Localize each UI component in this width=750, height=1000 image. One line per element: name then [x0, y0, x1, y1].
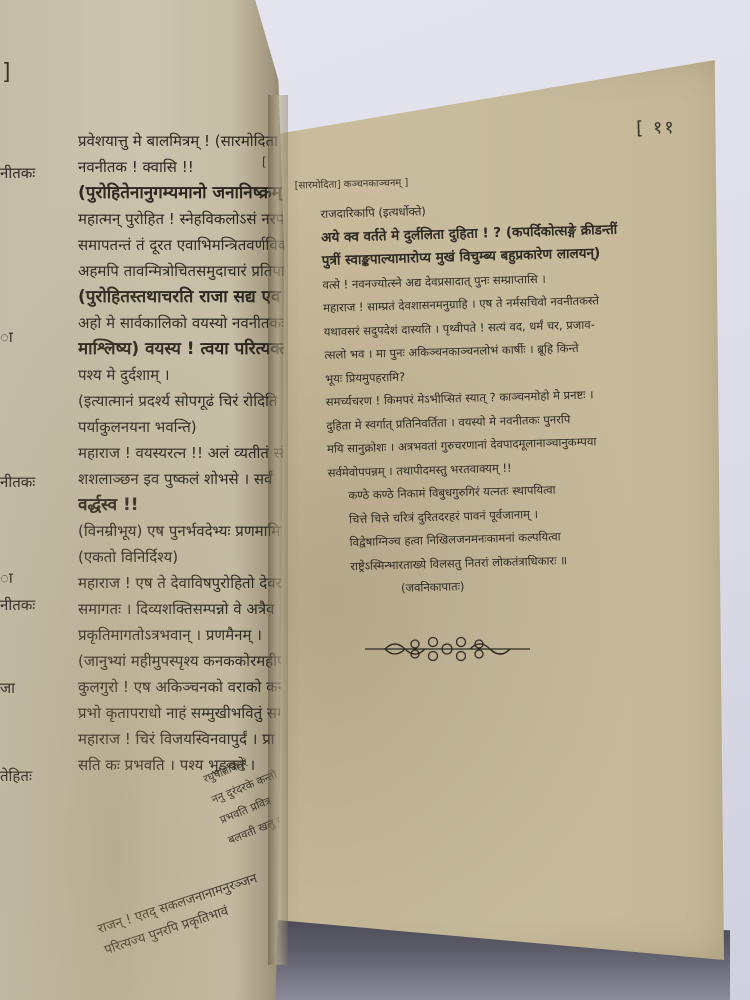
text-line: वर्द्धस्व !! [78, 492, 288, 518]
speaker-name: ा [0, 568, 13, 588]
text-line: कुलगुरो ! एष अकिञ्चनको वराको कनक [78, 674, 288, 700]
text-line: अहमपि तावन्मित्रोचितसमुदाचारं प्रतिपाद्य [78, 258, 288, 284]
text-line: (पुरोहितस्तथाचरति राजा सद्य एव प्रक्षिप्… [78, 284, 288, 310]
speaker-name: नीतकः [0, 595, 35, 615]
text-line: महाराज ! वयस्यरत्न !! अलं व्यतीतं संस्मृ… [78, 440, 288, 466]
text-line: नवनीतक ! क्वासि !! [78, 154, 288, 180]
text-line: प्रवेशयात्तु मे बालमित्रम् ! (सारमोदिता [78, 128, 288, 154]
left-bracket: ] [2, 60, 11, 85]
left-page: ] नीतकःानीतकःानीतकःजातेहितः प्रवेशयात्तु… [0, 0, 290, 1000]
text-line: सति कः प्रभवति । पश्य भुङ्क्ते । [78, 752, 288, 778]
speaker-name: तेहितः [0, 766, 32, 786]
book-gutter [268, 95, 288, 965]
text-line: पर्याकुलनयना भवन्ति) [78, 414, 288, 440]
text-line: (विनम्रीभूय) एष पुनर्भवदेभ्यः प्रणमामि । [78, 518, 288, 544]
text-line: समापतन्तं तं दूरत एवाभिमन्त्रितवर्णविकलं [78, 232, 288, 258]
text-line: महाराज ! चिरं विजयस्विनवापुर्दं । प्रा [78, 726, 288, 752]
text-line: महाराज ! एष ते देवाविषपुरोहितो देवरा [78, 570, 288, 596]
speaker-name: नीतकः [0, 472, 35, 492]
speaker-name: नीतकः [0, 163, 35, 183]
text-line: राजन् ! एतद् सकलजनानामनुरञ्जन [95, 858, 292, 941]
text-line: (एकतो विनिर्दिश्य) [78, 544, 288, 570]
ornament-divider-icon [365, 634, 530, 664]
text-line: (जानुभ्यां महीमुपस्पृश्य कनककोरमहीपति [78, 648, 288, 674]
right-page-text: राजदारिकापि (इत्यर्धोक्ते)अये क्व वर्तते… [320, 192, 721, 602]
text-line: (इत्यात्मानं प्रदर्श्य सोपगूढं चिरं रोदि… [78, 388, 288, 414]
text-line: महात्मन् पुरोहित ! स्नेहविकलोऽसं नरपति [78, 206, 288, 232]
text-line: प्रकृतिमागतोऽत्रभवान् । प्रणमैनम् । [78, 622, 288, 648]
left-page-text: प्रवेशयात्तु मे बालमित्रम् ! (सारमोदितान… [78, 128, 288, 778]
text-line: माश्लिष्य) वयस्य ! त्वया परित्यक्तस्य [78, 336, 288, 362]
page-number: [ ११ [636, 115, 676, 140]
book-photo: [ ११ [सारमोदिता] कञ्चनकाञ्चनम् ] राजदारि… [0, 0, 750, 1000]
text-line: अहो मे सार्वकालिको वयस्यो नवनीतकः ग्राम [78, 310, 288, 336]
text-line: शशलाञ्छन इव पुष्कलं शोभसे । सर्वं [78, 466, 288, 492]
text-line: पश्य मे दुर्दशाम् । [78, 362, 288, 388]
text-line: समागतः । दिव्यशक्तिसम्पन्नो वे अत्रैव [78, 596, 288, 622]
speaker-name: ा [0, 327, 13, 347]
text-line: प्रभो कृतापराधो नाहं सम्मुखीभवितुं समर्थ… [78, 700, 288, 726]
speaker-name: जा [0, 678, 15, 698]
text-line: (पुरोहितेनानुगम्यमानो जनानिष्क्रम्) [78, 180, 288, 206]
edge-bracket: [ [262, 155, 267, 169]
